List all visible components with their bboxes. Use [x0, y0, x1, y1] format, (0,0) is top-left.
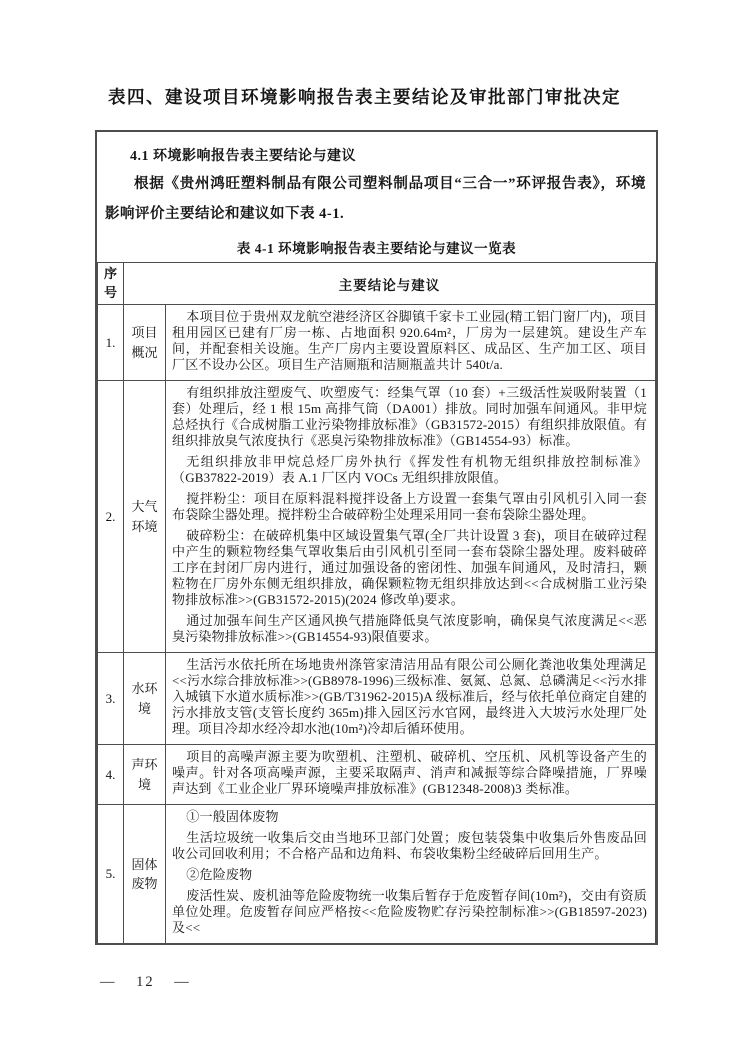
page-title: 表四、建设项目环境影响报告表主要结论及审批部门审批决定	[108, 84, 621, 109]
row-category: 水环境	[124, 653, 166, 745]
cell-paragraph: 通过加强车间生产区通风换气措施降低臭气浓度影响，确保臭气浓度满足<<恶臭污染物排…	[172, 613, 647, 645]
row-number: 1.	[98, 305, 124, 381]
cell-paragraph: 无组织排放非甲烷总烃厂房外执行《挥发性有机物无组织排放控制标准》（GB37822…	[172, 454, 647, 486]
cell-paragraph: ②危险废物	[172, 867, 647, 883]
row-number: 2.	[98, 381, 124, 653]
table-caption: 表 4-1 环境影响报告表主要结论与建议一览表	[97, 237, 656, 257]
header-serial-number: 序号	[98, 263, 124, 305]
cell-paragraph: ①一般固体废物	[172, 809, 647, 825]
conclusions-table: 序号 主要结论与建议 1. 项目概况 本项目位于贵州双龙航空港经济区谷脚镇千家卡…	[97, 262, 656, 944]
row-category: 大气环境	[124, 381, 166, 653]
row-number: 3.	[98, 653, 124, 745]
row-content: 有组织排放注塑废气、吹塑废气：经集气罩（10 套）+三级活性炭吸附装置（1 套）…	[166, 381, 656, 653]
document-page: 表四、建设项目环境影响报告表主要结论及审批部门审批决定 4.1 环境影响报告表主…	[0, 0, 740, 1046]
row-number: 4.	[98, 745, 124, 805]
table-row-air-environment: 2. 大气环境 有组织排放注塑废气、吹塑废气：经集气罩（10 套）+三级活性炭吸…	[98, 381, 656, 653]
row-content: 项目的高噪声源主要为吹塑机、注塑机、破碎机、空压机、风机等设备产生的噪声。针对各…	[166, 745, 656, 805]
row-number: 5.	[98, 805, 124, 944]
table-row-solid-waste: 5. 固体废物 ①一般固体废物 生活垃圾统一收集后交由当地环卫部门处置；废包装袋…	[98, 805, 656, 944]
row-category: 固体废物	[124, 805, 166, 944]
cell-paragraph: 破碎粉尘：在破碎机集中区域设置集气罩(全厂共计设置 3 套)，项目在破碎过程中产…	[172, 528, 647, 608]
intro-paragraph: 根据《贵州鸿旺塑料制品有限公司塑料制品项目“三合一”环评报告表》，环境影响评价主…	[105, 169, 646, 229]
table-row-water-environment: 3. 水环境 生活污水依托所在场地贵州涤管家清洁用品有限公司公厕化粪池收集处理满…	[98, 653, 656, 745]
row-category: 声环境	[124, 745, 166, 805]
section-heading: 4.1 环境影响报告表主要结论与建议	[130, 145, 642, 165]
cell-paragraph: 废活性炭、废机油等危险废物统一收集后暂存于危废暂存间(10m²)，交由有资质单位…	[172, 888, 647, 936]
cell-paragraph: 搅拌粉尘：项目在原料混料搅拌设备上方设置一套集气罩由引风机引入同一套布袋除尘器处…	[172, 491, 647, 523]
cell-paragraph: 生活垃圾统一收集后交由当地环卫部门处置；废包装袋集中收集后外售废品回收公司回收利…	[172, 830, 647, 862]
row-content: ①一般固体废物 生活垃圾统一收集后交由当地环卫部门处置；废包装袋集中收集后外售废…	[166, 805, 656, 944]
cell-paragraph: 本项目位于贵州双龙航空港经济区谷脚镇千家卡工业园(精工铝门窗厂内)，项目租用园区…	[172, 309, 647, 373]
cell-paragraph: 有组织排放注塑废气、吹塑废气：经集气罩（10 套）+三级活性炭吸附装置（1 套）…	[172, 385, 647, 449]
table-header-row: 序号 主要结论与建议	[98, 263, 656, 305]
content-box: 4.1 环境影响报告表主要结论与建议 根据《贵州鸿旺塑料制品有限公司塑料制品项目…	[95, 130, 658, 945]
cell-paragraph: 生活污水依托所在场地贵州涤管家清洁用品有限公司公厕化粪池收集处理满足<<污水综合…	[172, 657, 647, 737]
table-row-noise-environment: 4. 声环境 项目的高噪声源主要为吹塑机、注塑机、破碎机、空压机、风机等设备产生…	[98, 745, 656, 805]
table-row-project-overview: 1. 项目概况 本项目位于贵州双龙航空港经济区谷脚镇千家卡工业园(精工铝门窗厂内…	[98, 305, 656, 381]
row-content: 生活污水依托所在场地贵州涤管家清洁用品有限公司公厕化粪池收集处理满足<<污水综合…	[166, 653, 656, 745]
row-content: 本项目位于贵州双龙航空港经济区谷脚镇千家卡工业园(精工铝门窗厂内)，项目租用园区…	[166, 305, 656, 381]
page-number: — 12 —	[100, 974, 191, 991]
header-main-conclusions: 主要结论与建议	[124, 263, 656, 305]
row-category: 项目概况	[124, 305, 166, 381]
cell-paragraph: 项目的高噪声源主要为吹塑机、注塑机、破碎机、空压机、风机等设备产生的噪声。针对各…	[172, 749, 647, 797]
